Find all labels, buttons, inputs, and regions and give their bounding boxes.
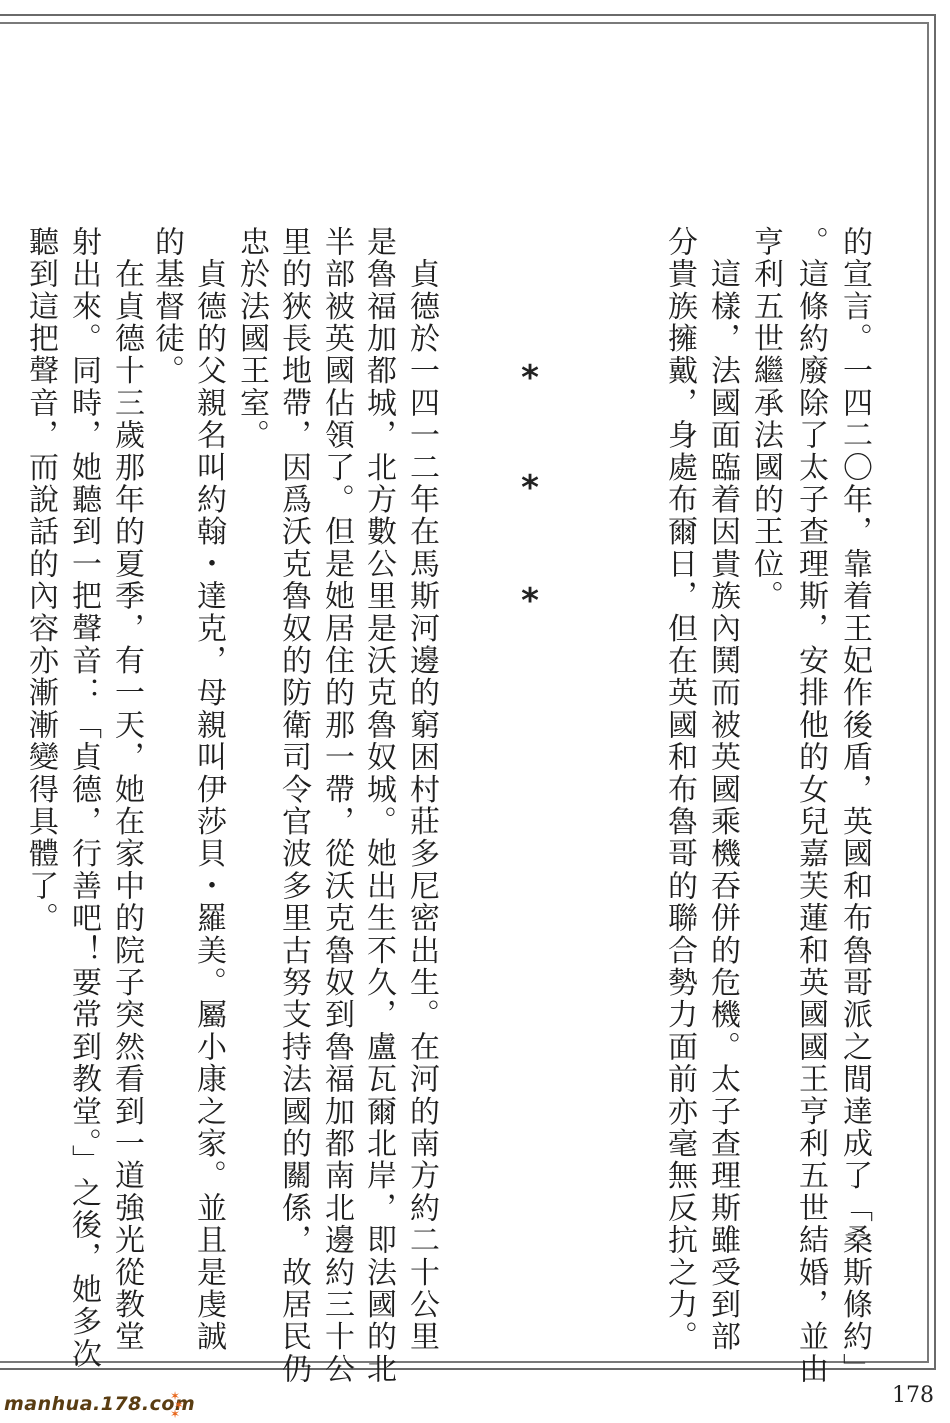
text-column: 。這條約廢除了太子查理斯，安排他的女兒嘉芙蓮和英國國王亨利五世結婚，並由 xyxy=(792,226,828,1385)
text-column: 是魯福加都城，北方數公里是沃克魯奴城。她出生不久，盧瓦爾北岸，即法國的北 xyxy=(360,226,396,1385)
page-number: 178 xyxy=(892,1383,934,1408)
section-break-asterisk: * xyxy=(515,581,545,621)
star-icon: ✶ ✶✶ xyxy=(170,1392,184,1419)
watermark-logo: manhua.178.com xyxy=(4,1393,195,1415)
text-column: 貞德於一四一二年在馬斯河邊的窮困村莊多尼密出生。在河的南方約二十公里 xyxy=(403,226,439,1353)
text-column: 里的狹長地帶，因爲沃克魯奴的防衛司令官波多里古努支持法國的關係，故居民仍 xyxy=(275,226,311,1385)
text-column: 亨利五世繼承法國的王位。 xyxy=(747,226,783,612)
text-column: 分貴族擁戴，身處布爾日，但在英國和布魯哥的聯合勢力面前亦毫無反抗之力。 xyxy=(661,226,697,1353)
text-column: 忠於法國王室。 xyxy=(233,226,269,451)
text-column: 在貞德十三歲那年的夏季，有一天，她在家中的院子突然看到一道強光從教堂 xyxy=(108,226,144,1353)
vertical-text-body: 的宣言。一四二〇年，靠着王妃作後盾，英國和布魯哥派之間達成了「桑斯條約」 。這條… xyxy=(0,226,950,1226)
section-break-asterisk: * xyxy=(515,358,545,398)
text-column: 聽到這把聲音，而說話的內容亦漸漸變得具體了。 xyxy=(22,226,58,934)
text-column: 這樣，法國面臨着因貴族內鬨而被英國乘機吞併的危機。太子查理斯雖受到部 xyxy=(704,226,740,1353)
section-break-asterisk: * xyxy=(515,468,545,508)
text-column: 的基督徒。 xyxy=(148,226,184,387)
text-column: 射出來。同時，她聽到一把聲音：「貞德，行善吧！要常到教堂。」之後，她多次 xyxy=(65,226,101,1370)
text-column: 貞德的父親名叫約翰・達克，母親叫伊莎貝・羅美。屬小康之家。並且是虔誠 xyxy=(190,226,226,1353)
text-column: 的宣言。一四二〇年，靠着王妃作後盾，英國和布魯哥派之間達成了「桑斯條約」 xyxy=(836,226,872,1385)
text-column: 半部被英國佔領了。但是她居住的那一帶，從沃克魯奴到魯福加都南北邊約三十公 xyxy=(318,226,354,1385)
